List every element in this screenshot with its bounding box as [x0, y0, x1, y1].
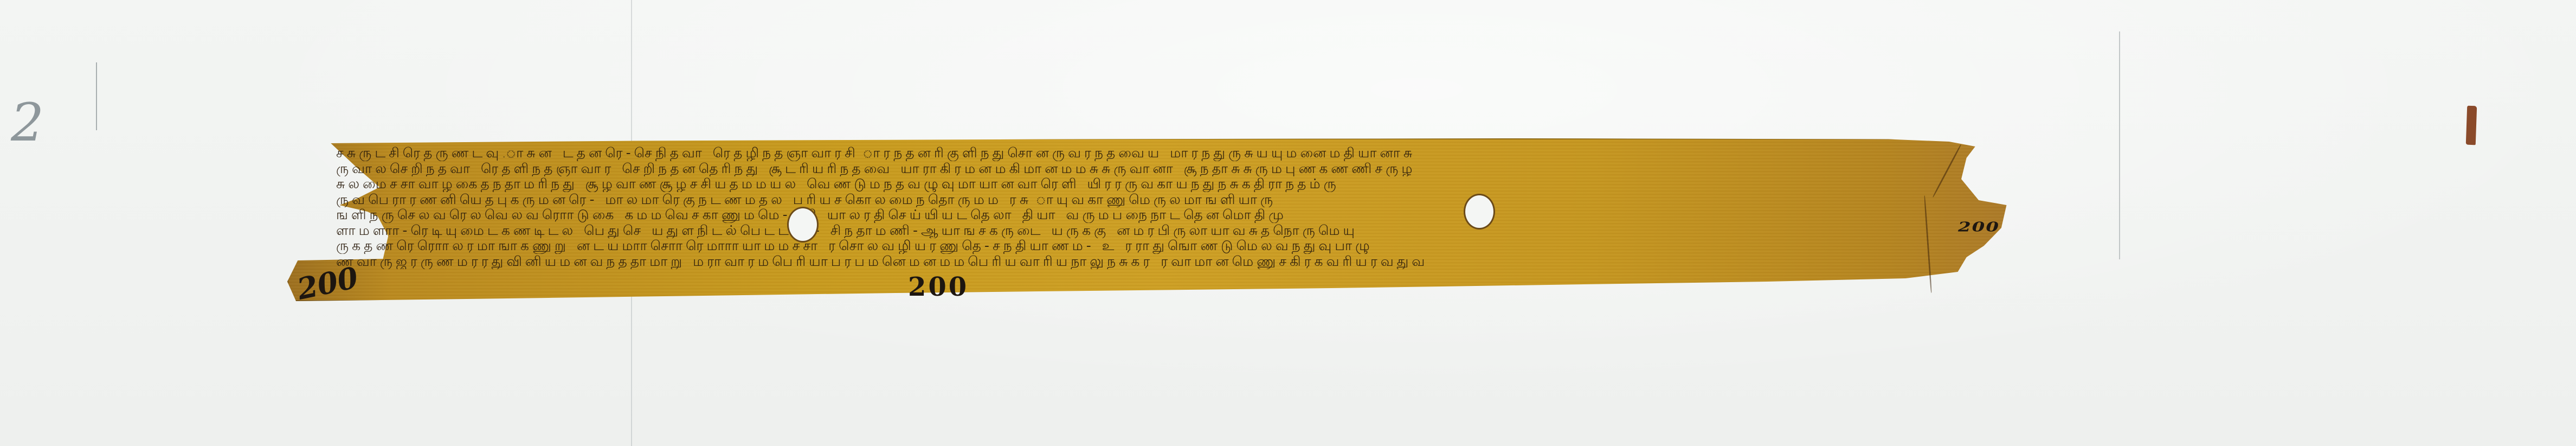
folio-number-bottom: 200 — [908, 274, 969, 300]
manuscript-line: ணவாருஜரருணமரரதுவினியமனவநததாமாறு மராவாரமப… — [336, 254, 1962, 270]
manuscript-line: ளாமளாா-ரெடியுமைடகணடிடல பெதுசெ யதுளநிடல்ப… — [336, 223, 1962, 239]
manuscript-line: ருகதணரெரொாலரமாஙாகணுறு னடயமாாசொாரெமாாாயாம… — [336, 238, 1962, 254]
manuscript-line: ஙளிநருசெலவரெலவெலவரொாடுகை கமமவெசகாணுமமெ-ந… — [336, 207, 1962, 223]
manuscript-line: ருவாலசெறிநதவா ரெதளிநதஞாவார செறிநதனதெரிநத… — [336, 161, 1962, 177]
manuscript-line: ருவபெராரணனியெதபுகருமனரெ- மாலமாரெகுநடணமதல… — [336, 192, 1962, 208]
manuscript-text: சசுருடசிரெதருணடவு.ாசுன டதனரெ-செநிதவா ரெத… — [336, 145, 1962, 269]
manuscript-line: சசுருடசிரெதருணடவு.ாசுன டதனரெ-செநிதவா ரெத… — [336, 145, 1962, 161]
folio-number-right: 200 — [1958, 221, 2000, 234]
string-hole-left — [787, 207, 819, 243]
string-hole-right — [1464, 194, 1495, 230]
manuscript-line: சுலமைசசாவாழகைதநதாமரிநது சூழவாணசூழசசியதமம… — [336, 176, 1962, 192]
pencil-page-number: 2 — [11, 97, 44, 149]
pencil-margin-line-right — [2119, 31, 2120, 259]
leaf-fragment — [2466, 106, 2477, 145]
pencil-margin-line-left — [96, 62, 97, 130]
